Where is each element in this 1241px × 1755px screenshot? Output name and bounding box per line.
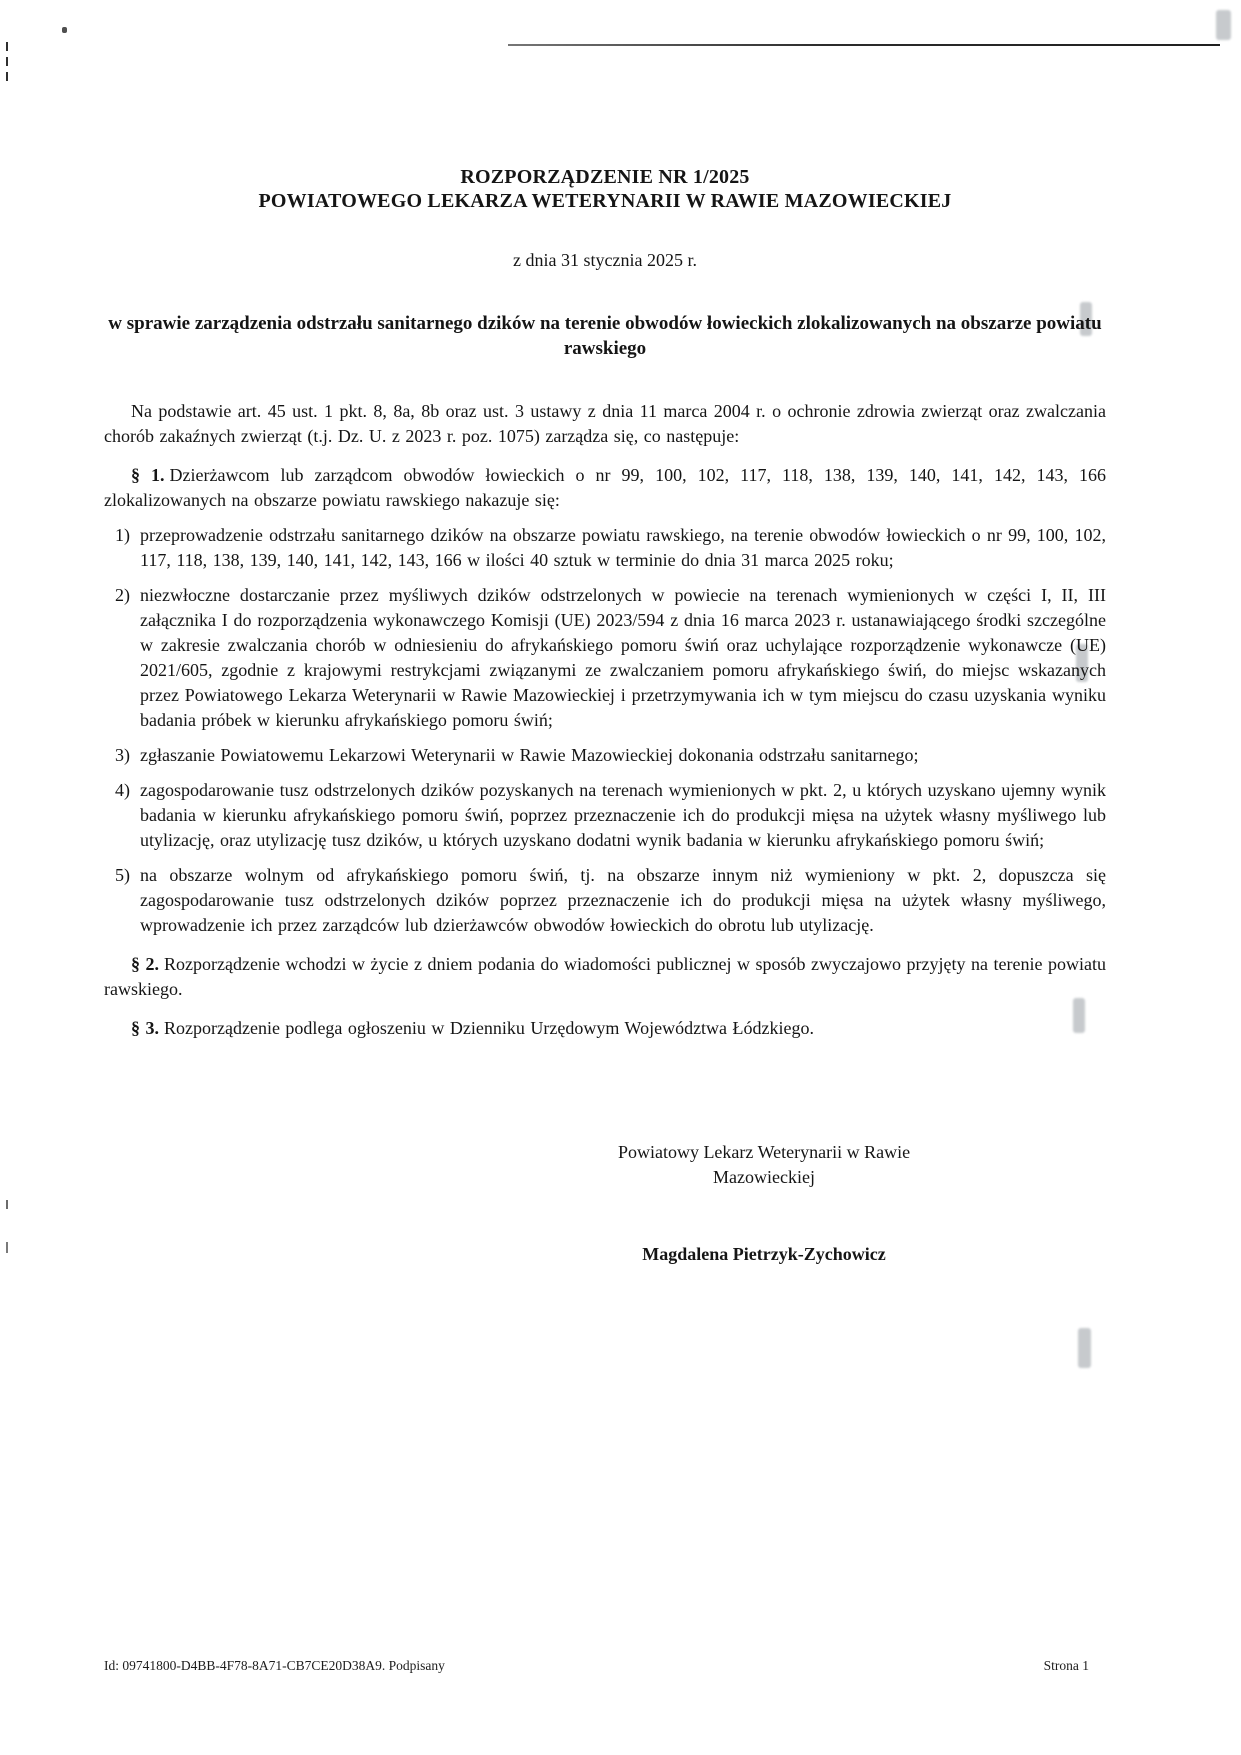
list-item-text: niezwłoczne dostarczanie przez myśliwych… <box>140 585 1106 730</box>
list-item-text: na obszarze wolnym od afrykańskiego pomo… <box>140 865 1106 935</box>
section-2-paragraph: § 2.Rozporządzenie wchodzi w życie z dni… <box>104 952 1106 1002</box>
document-title-number: ROZPORZĄDZENIE NR 1/2025 <box>104 165 1106 189</box>
legal-basis-paragraph: Na podstawie art. 45 ust. 1 pkt. 8, 8a, … <box>104 399 1106 449</box>
list-item-number: 4) <box>115 778 140 803</box>
scan-artifact-speck <box>62 27 67 33</box>
document-content: ROZPORZĄDZENIE NR 1/2025 POWIATOWEGO LEK… <box>104 0 1106 1267</box>
section-1-paragraph: § 1.Dzierżawcom lub zarządcom obwodów ło… <box>104 463 1106 513</box>
signature-block: Powiatowy Lekarz Weterynarii w Rawie Maz… <box>524 1140 1004 1267</box>
section-2-text: Rozporządzenie wchodzi w życie z dniem p… <box>104 954 1106 999</box>
section-2-label: § 2. <box>131 954 159 974</box>
section-1-label: § 1. <box>131 465 165 485</box>
page-number: Strona 1 <box>1044 1658 1089 1674</box>
list-item-number: 3) <box>115 743 140 768</box>
page-footer: Id: 09741800-D4BB-4F78-8A71-CB7CE20D38A9… <box>104 1658 1089 1674</box>
section-1-list: 1)przeprowadzenie odstrzału sanitarnego … <box>104 523 1106 938</box>
signatory-title: Powiatowy Lekarz Weterynarii w Rawie Maz… <box>599 1140 929 1190</box>
scan-artifact-smudge <box>1216 10 1231 40</box>
section-3-label: § 3. <box>131 1018 159 1038</box>
scan-artifact-smudge <box>1078 1328 1091 1368</box>
list-item: 2)niezwłoczne dostarczanie przez myśliwy… <box>115 583 1106 733</box>
list-item: 3)zgłaszanie Powiatowemu Lekarzowi Weter… <box>115 743 1106 768</box>
section-3-text: Rozporządzenie podlega ogłoszeniu w Dzie… <box>164 1018 814 1038</box>
list-item-text: zagospodarowanie tusz odstrzelonych dzik… <box>140 780 1106 850</box>
document-title-authority: POWIATOWEGO LEKARZA WETERYNARII W RAWIE … <box>104 189 1106 213</box>
section-3-paragraph: § 3.Rozporządzenie podlega ogłoszeniu w … <box>104 1016 1106 1041</box>
document-id: Id: 09741800-D4BB-4F78-8A71-CB7CE20D38A9… <box>104 1658 445 1674</box>
list-item-number: 1) <box>115 523 140 548</box>
list-item-number: 5) <box>115 863 140 888</box>
document-date: z dnia 31 stycznia 2025 r. <box>104 249 1106 271</box>
list-item: 5)na obszarze wolnym od afrykańskiego po… <box>115 863 1106 938</box>
signatory-name: Magdalena Pietrzyk-Zychowicz <box>524 1242 1004 1267</box>
scanned-document-page: ROZPORZĄDZENIE NR 1/2025 POWIATOWEGO LEK… <box>0 0 1241 1755</box>
scan-artifact-left-dot <box>6 1242 8 1253</box>
section-1-intro: Dzierżawcom lub zarządcom obwodów łowiec… <box>104 465 1106 510</box>
list-item: 4)zagospodarowanie tusz odstrzelonych dz… <box>115 778 1106 853</box>
scan-artifact-left-dot <box>6 1200 8 1209</box>
list-item: 1)przeprowadzenie odstrzału sanitarnego … <box>115 523 1106 573</box>
document-subject: w sprawie zarządzenia odstrzału sanitarn… <box>104 311 1106 361</box>
scan-artifact-left-dashes <box>6 42 8 82</box>
list-item-text: zgłaszanie Powiatowemu Lekarzowi Weteryn… <box>140 745 918 765</box>
list-item-number: 2) <box>115 583 140 608</box>
list-item-text: przeprowadzenie odstrzału sanitarnego dz… <box>140 525 1106 570</box>
